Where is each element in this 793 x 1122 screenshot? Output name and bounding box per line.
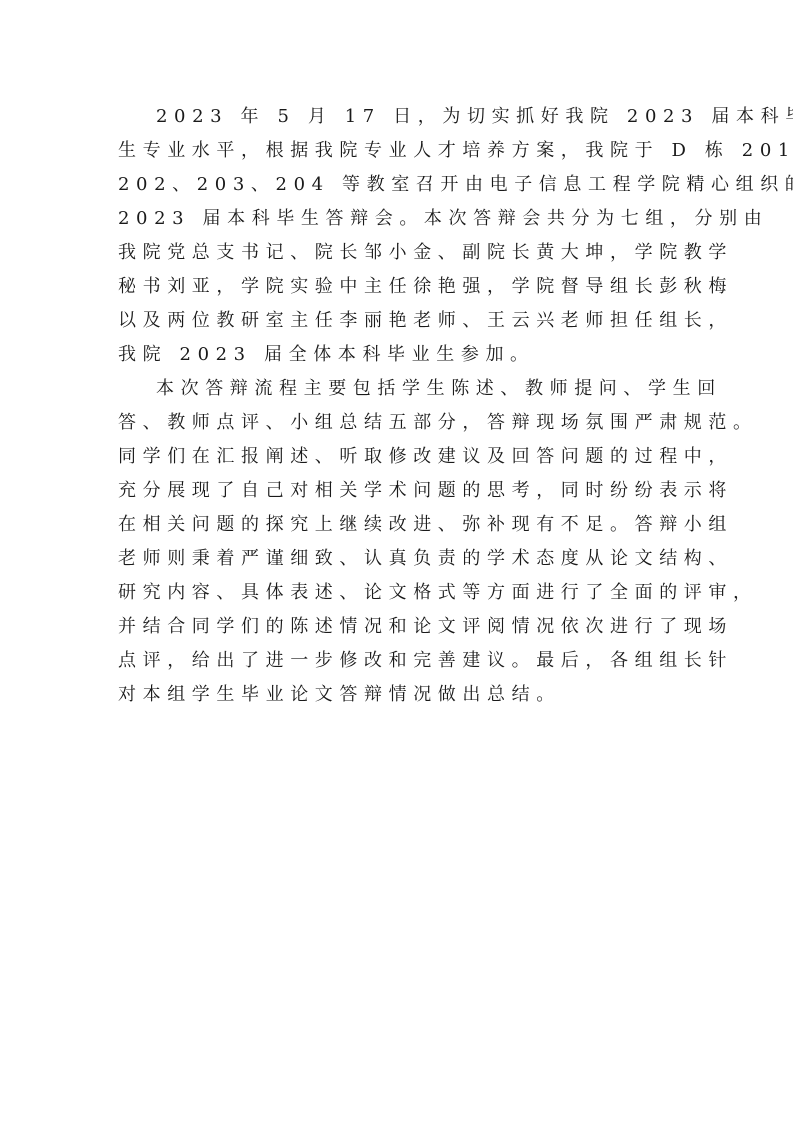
text-line: 我院 2023 届全体本科毕业生参加。 bbox=[118, 338, 684, 372]
text-line: 2023 年 5 月 17 日，为切实抓好我院 2023 届本科毕业 bbox=[118, 100, 684, 134]
text-line: 以及两位教研室主任李丽艳老师、王云兴老师担任组长， bbox=[118, 304, 684, 338]
text-line: 点评，给出了进一步修改和完善建议。最后，各组组长针 bbox=[118, 644, 684, 678]
paragraph-2: 本次答辩流程主要包括学生陈述、教师提问、学生回 答、教师点评、小组总结五部分，答… bbox=[118, 372, 684, 712]
text-line: 202、203、204 等教室召开由电子信息工程学院精心组织的 bbox=[118, 168, 684, 202]
text-line: 生专业水平，根据我院专业人才培养方案，我院于 D 栋 201、 bbox=[118, 134, 684, 168]
text-line: 我院党总支书记、院长邹小金、副院长黄大坤，学院教学 bbox=[118, 236, 684, 270]
document-page: 2023 年 5 月 17 日，为切实抓好我院 2023 届本科毕业 生专业水平… bbox=[118, 100, 684, 712]
text-line: 对本组学生毕业论文答辩情况做出总结。 bbox=[118, 678, 684, 712]
text-line: 答、教师点评、小组总结五部分，答辩现场氛围严肃规范。 bbox=[118, 406, 684, 440]
text-line: 在相关问题的探究上继续改进、弥补现有不足。答辩小组 bbox=[118, 508, 684, 542]
text-line: 2023 届本科毕生答辩会。本次答辩会共分为七组，分别由 bbox=[118, 202, 684, 236]
text-line: 本次答辩流程主要包括学生陈述、教师提问、学生回 bbox=[118, 372, 684, 406]
text-line: 充分展现了自己对相关学术问题的思考，同时纷纷表示将 bbox=[118, 474, 684, 508]
text-line: 老师则秉着严谨细致、认真负责的学术态度从论文结构、 bbox=[118, 542, 684, 576]
text-line: 研究内容、具体表述、论文格式等方面进行了全面的评审， bbox=[118, 576, 684, 610]
text-line: 秘书刘亚，学院实验中主任徐艳强，学院督导组长彭秋梅 bbox=[118, 270, 684, 304]
paragraph-1: 2023 年 5 月 17 日，为切实抓好我院 2023 届本科毕业 生专业水平… bbox=[118, 100, 684, 372]
text-line: 并结合同学们的陈述情况和论文评阅情况依次进行了现场 bbox=[118, 610, 684, 644]
text-line: 同学们在汇报阐述、听取修改建议及回答问题的过程中， bbox=[118, 440, 684, 474]
